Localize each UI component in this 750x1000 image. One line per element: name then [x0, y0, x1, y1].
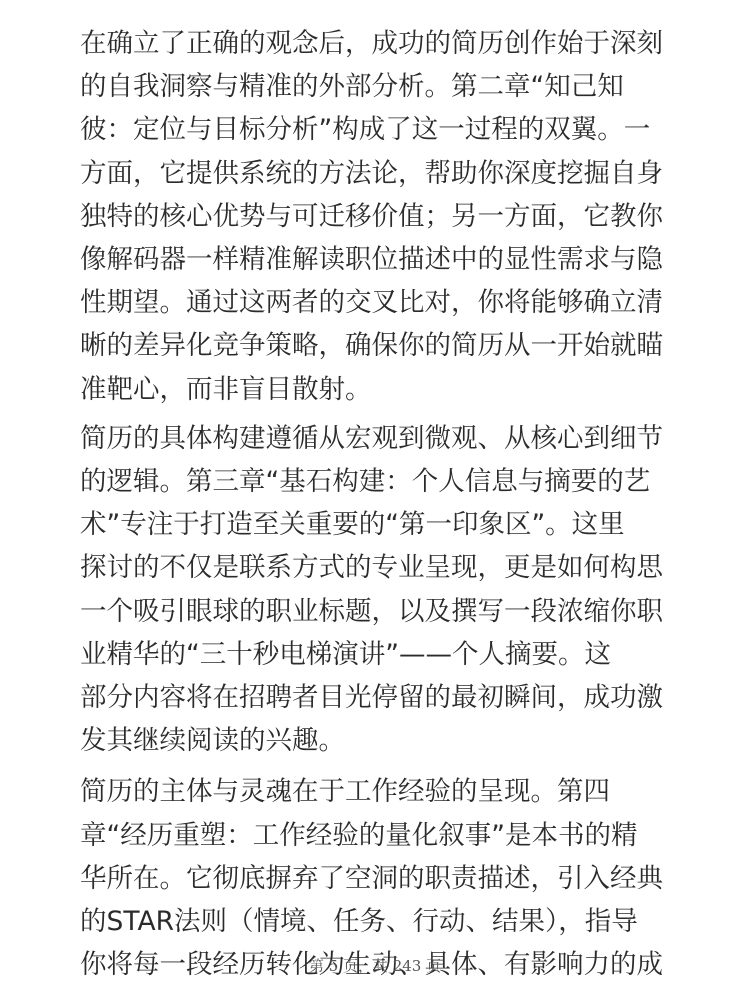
text-line: 的自我洞察与精准的外部分析。第二章“知己知 — [80, 65, 672, 108]
document-page: 在确立了正确的观念后，成功的简历创作始于深刻 的自我洞察与精准的外部分析。第二章… — [80, 22, 672, 992]
text-line: 准靶心，而非盲目散射。 — [80, 368, 672, 411]
text-line: 独特的核心优势与可迁移价值；另一方面，它教你 — [80, 195, 672, 238]
text-line: 发其继续阅读的兴趣。 — [80, 719, 672, 762]
text-line: 简历的主体与灵魂在于工作经验的呈现。第四 — [80, 770, 672, 813]
text-line: 在确立了正确的观念后，成功的简历创作始于深刻 — [80, 22, 672, 65]
text-line: 简历的具体构建遵循从宏观到微观、从核心到细节 — [80, 417, 672, 460]
text-line: 一个吸引眼球的职业标题，以及撰写一段浓缩你职 — [80, 590, 672, 633]
text-line: 彼：定位与目标分析”构成了这一过程的双翼。一 — [80, 108, 672, 151]
text-line: 华所在。它彻底摒弃了空洞的职责描述，引入经典 — [80, 857, 672, 900]
text-line: 性期望。通过这两者的交叉比对，你将能够确立清 — [80, 281, 672, 324]
text-line: 业精华的“三十秒电梯演讲”——个人摘要。这 — [80, 633, 672, 676]
text-line: 部分内容将在招聘者目光停留的最初瞬间，成功激 — [80, 676, 672, 719]
text-line: 方面，它提供系统的方法论，帮助你深度挖掘自身 — [80, 152, 672, 195]
page-number-footer: 第 5 页，共 243 页 — [0, 955, 750, 976]
text-line: 探讨的不仅是联系方式的专业呈现，更是如何构思 — [80, 546, 672, 589]
text-line: 像解码器一样精准解读职位描述中的显性需求与隐 — [80, 238, 672, 281]
paragraph-self-analysis: 在确立了正确的观念后，成功的简历创作始于深刻 的自我洞察与精准的外部分析。第二章… — [80, 22, 672, 411]
text-line: 的逻辑。第三章“基石构建：个人信息与摘要的艺 — [80, 460, 672, 503]
text-line: 术”专注于打造至关重要的“第一印象区”。这里 — [80, 503, 672, 546]
text-line: 晰的差异化竞争策略，确保你的简历从一开始就瞄 — [80, 324, 672, 367]
paragraph-foundation: 简历的具体构建遵循从宏观到微观、从核心到细节 的逻辑。第三章“基石构建：个人信息… — [80, 417, 672, 763]
text-line: 的STAR法则（情境、任务、行动、结果），指导 — [80, 900, 672, 943]
text-line: 章“经历重塑：工作经验的量化叙事”是本书的精 — [80, 814, 672, 857]
